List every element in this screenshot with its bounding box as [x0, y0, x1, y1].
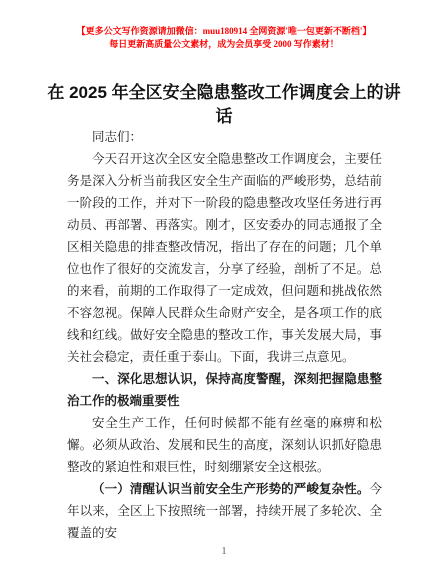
paragraph-2: 安全生产工作，任何时候都不能有丝毫的麻痹和松懈。必须从政治、发展和民生的高度，深… [67, 412, 382, 478]
section-heading-1: 一、深化思想认识，保持高度警醒，深刻把握隐患整治工作的极端重要性 [67, 368, 382, 412]
document-page: 【更多公文写作资源请加微信：muu180914 全网资源'唯一包更新不断档'】 … [0, 0, 448, 580]
paragraph-1: 今天召开这次全区安全隐患整改工作调度会，主要任务是深入分析当前我区安全生产面临的… [67, 148, 382, 368]
promo-header-line1: 【更多公文写作资源请加微信：muu180914 全网资源'唯一包更新不断档'】 [0, 25, 448, 38]
document-title: 在 2025 年全区安全隐患整改工作调度会上的讲话 [42, 81, 406, 129]
page-number: 1 [0, 546, 448, 558]
salutation: 同志们： [67, 126, 382, 148]
promo-header-line2: 每日更新高质量公文素材，成为会员享受 2000 写作素材！ [0, 38, 448, 51]
paragraph-3: （一）清醒认识当前安全生产形势的严峻复杂性。今年以来，全区上下按照统一部署，持续… [67, 478, 382, 544]
promo-header: 【更多公文写作资源请加微信：muu180914 全网资源'唯一包更新不断档'】 … [0, 25, 448, 51]
paragraph-3-lead: （一）清醒认识当前安全生产形势的严峻复杂性。 [92, 482, 369, 496]
document-body: 同志们： 今天召开这次全区安全隐患整改工作调度会，主要任务是深入分析当前我区安全… [67, 126, 382, 544]
